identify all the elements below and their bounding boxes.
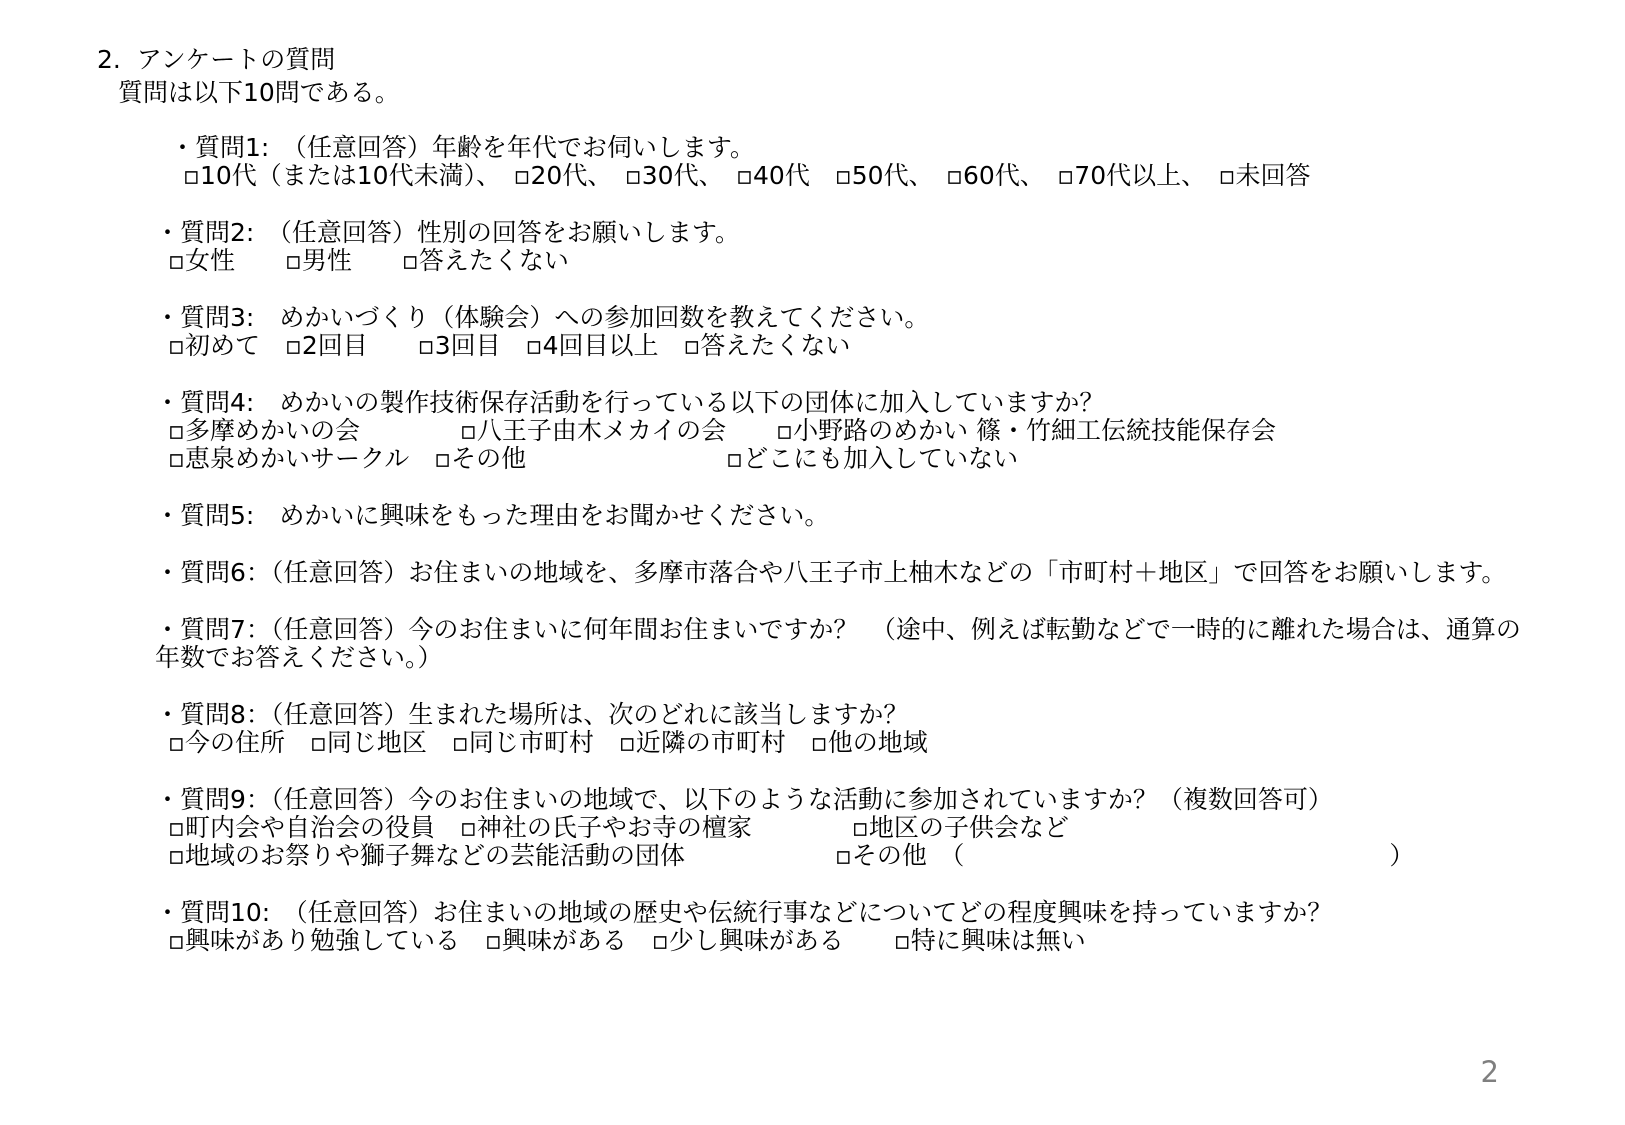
question-9-options-line-2: ▫地域のお祭りや獅子舞などの芸能活動の団体 ▫その他 （ ） [168,842,1625,870]
page-title: 2. アンケートの質問 [97,46,1625,74]
question-2-options: ▫女性 ▫男性 ▫答えたくない [168,247,1625,275]
question-10-prompt: ・質問10: （任意回答）お住まいの地域の歴史や伝統行事などについてどの程度興味… [155,899,1625,927]
question-4: ・質問4: めかいの製作技術保存活動を行っている以下の団体に加入していますか？ … [155,389,1625,473]
question-8: ・質問8：（任意回答）生まれた場所は、次のどれに該当しますか？ ▫今の住所 ▫同… [155,701,1625,757]
question-list: ・質問1: （任意回答）年齢を年代でお伺いします。 ▫10代（または10代未満）… [0,134,1625,955]
question-8-options: ▫今の住所 ▫同じ地区 ▫同じ市町村 ▫近隣の市町村 ▫他の地域 [168,729,1625,757]
question-1-options: ▫10代（または10代未満）、 ▫20代、 ▫30代、 ▫40代 ▫50代、 ▫… [183,162,1625,190]
question-3-prompt: ・質問3: めかいづくり（体験会）への参加回数を教えてください。 [155,304,1625,332]
page-subtitle: 質問は以下10問である。 [118,79,1625,107]
question-9: ・質問9：（任意回答）今のお住まいの地域で、以下のような活動に参加されていますか… [155,786,1625,870]
question-5-prompt: ・質問5: めかいに興味をもった理由をお聞かせください。 [155,502,1625,530]
question-4-prompt: ・質問4: めかいの製作技術保存活動を行っている以下の団体に加入していますか？ [155,389,1625,417]
question-7-prompt-line-2: 年数でお答えください。） [155,644,1625,672]
question-1-prompt: ・質問1: （任意回答）年齢を年代でお伺いします。 [170,134,1625,162]
question-6-prompt: ・質問6：（任意回答）お住まいの地域を、多摩市落合や八王子市上柚木などの「市町村… [155,559,1625,587]
question-1: ・質問1: （任意回答）年齢を年代でお伺いします。 ▫10代（または10代未満）… [170,134,1625,190]
question-5: ・質問5: めかいに興味をもった理由をお聞かせください。 [155,502,1625,530]
question-2-prompt: ・質問2: （任意回答）性別の回答をお願いします。 [155,219,1625,247]
question-7: ・質問7：（任意回答）今のお住まいに何年間お住まいですか？ （途中、例えば転勤な… [155,616,1625,672]
question-9-options-line-1: ▫町内会や自治会の役員 ▫神社の氏子やお寺の檀家 ▫地区の子供会など [168,814,1625,842]
question-3-options: ▫初めて ▫2回目 ▫3回目 ▫4回目以上 ▫答えたくない [168,332,1625,360]
question-3: ・質問3: めかいづくり（体験会）への参加回数を教えてください。 ▫初めて ▫2… [155,304,1625,360]
question-2: ・質問2: （任意回答）性別の回答をお願いします。 ▫女性 ▫男性 ▫答えたくな… [155,219,1625,275]
survey-page: 2. アンケートの質問 質問は以下10問である。 ・質問1: （任意回答）年齢を… [0,0,1625,955]
question-8-prompt: ・質問8：（任意回答）生まれた場所は、次のどれに該当しますか？ [155,701,1625,729]
question-4-options-line-2: ▫恵泉めかいサークル ▫その他 ▫どこにも加入していない [168,445,1625,473]
question-10: ・質問10: （任意回答）お住まいの地域の歴史や伝統行事などについてどの程度興味… [155,899,1625,955]
page-number: 2 [1481,1058,1499,1087]
question-4-options-line-1: ▫多摩めかいの会 ▫八王子由木メカイの会 ▫小野路のめかい 篠・竹細工伝統技能保… [168,417,1625,445]
question-9-prompt: ・質問9：（任意回答）今のお住まいの地域で、以下のような活動に参加されていますか… [155,786,1625,814]
question-6: ・質問6：（任意回答）お住まいの地域を、多摩市落合や八王子市上柚木などの「市町村… [155,559,1625,587]
question-7-prompt: ・質問7：（任意回答）今のお住まいに何年間お住まいですか？ （途中、例えば転勤な… [155,616,1625,644]
question-10-options: ▫興味があり勉強している ▫興味がある ▫少し興味がある ▫特に興味は無い [168,927,1625,955]
